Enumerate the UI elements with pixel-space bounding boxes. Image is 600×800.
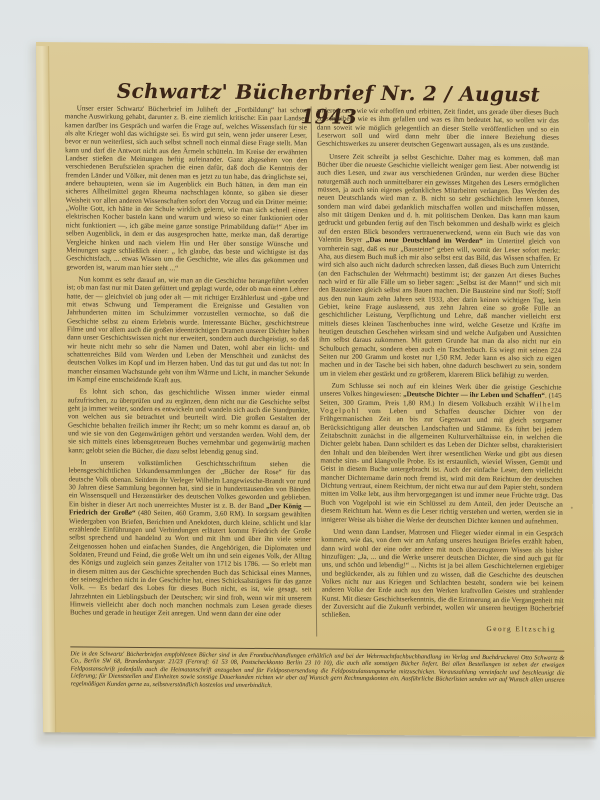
- paragraph: Zum Schlusse sei noch auf ein kleines We…: [320, 381, 563, 525]
- footer-notice: Die in den Schwartz' Bücherbriefen empfo…: [70, 650, 564, 691]
- paragraph: Es lohnt sich schon, das geschichtliche …: [68, 388, 311, 457]
- paper-speck: [97, 123, 99, 125]
- newsletter-page: Schwartz' Bücherbrief Nr. 2 / August 194…: [36, 42, 595, 737]
- paper-speck: [571, 507, 573, 509]
- paragraph: Unsere Zeit schreibt ja selbst Geschicht…: [317, 152, 561, 379]
- paragraph: In unserem volkstümlichen Geschichtsschr…: [68, 458, 312, 619]
- signature: Georg Eltzschig: [322, 623, 556, 633]
- right-column: andere Leser, wie wir erhoffen und erbit…: [311, 106, 565, 638]
- body-columns: Unser erster Schwartz' Bücherbrief im Ju…: [65, 104, 565, 638]
- paragraph-text: (480 Seiten, 460 Gramm, 3,60 RM). In sor…: [69, 509, 312, 618]
- paragraph: Und wenn dann Landser, Matrosen und Flie…: [321, 527, 564, 621]
- paragraph-text: im Untertitel gleich von vornherein sagt…: [318, 237, 561, 379]
- paragraph: andere Leser, wie wir erhoffen und erbit…: [317, 106, 559, 150]
- paragraph-text: vom Leben und Schaffen deutscher Dichter…: [320, 407, 563, 525]
- paper-speck: [139, 363, 142, 364]
- paragraph-text: Unsere Zeit schreibt ja selbst Geschicht…: [317, 152, 560, 244]
- paragraph: Nun kommt es sehr darauf an, wie man an …: [66, 275, 309, 386]
- paragraph: Unser erster Schwartz' Bücherbrief im Ju…: [65, 104, 309, 273]
- left-column: Unser erster Schwartz' Bücherbrief im Ju…: [65, 104, 317, 636]
